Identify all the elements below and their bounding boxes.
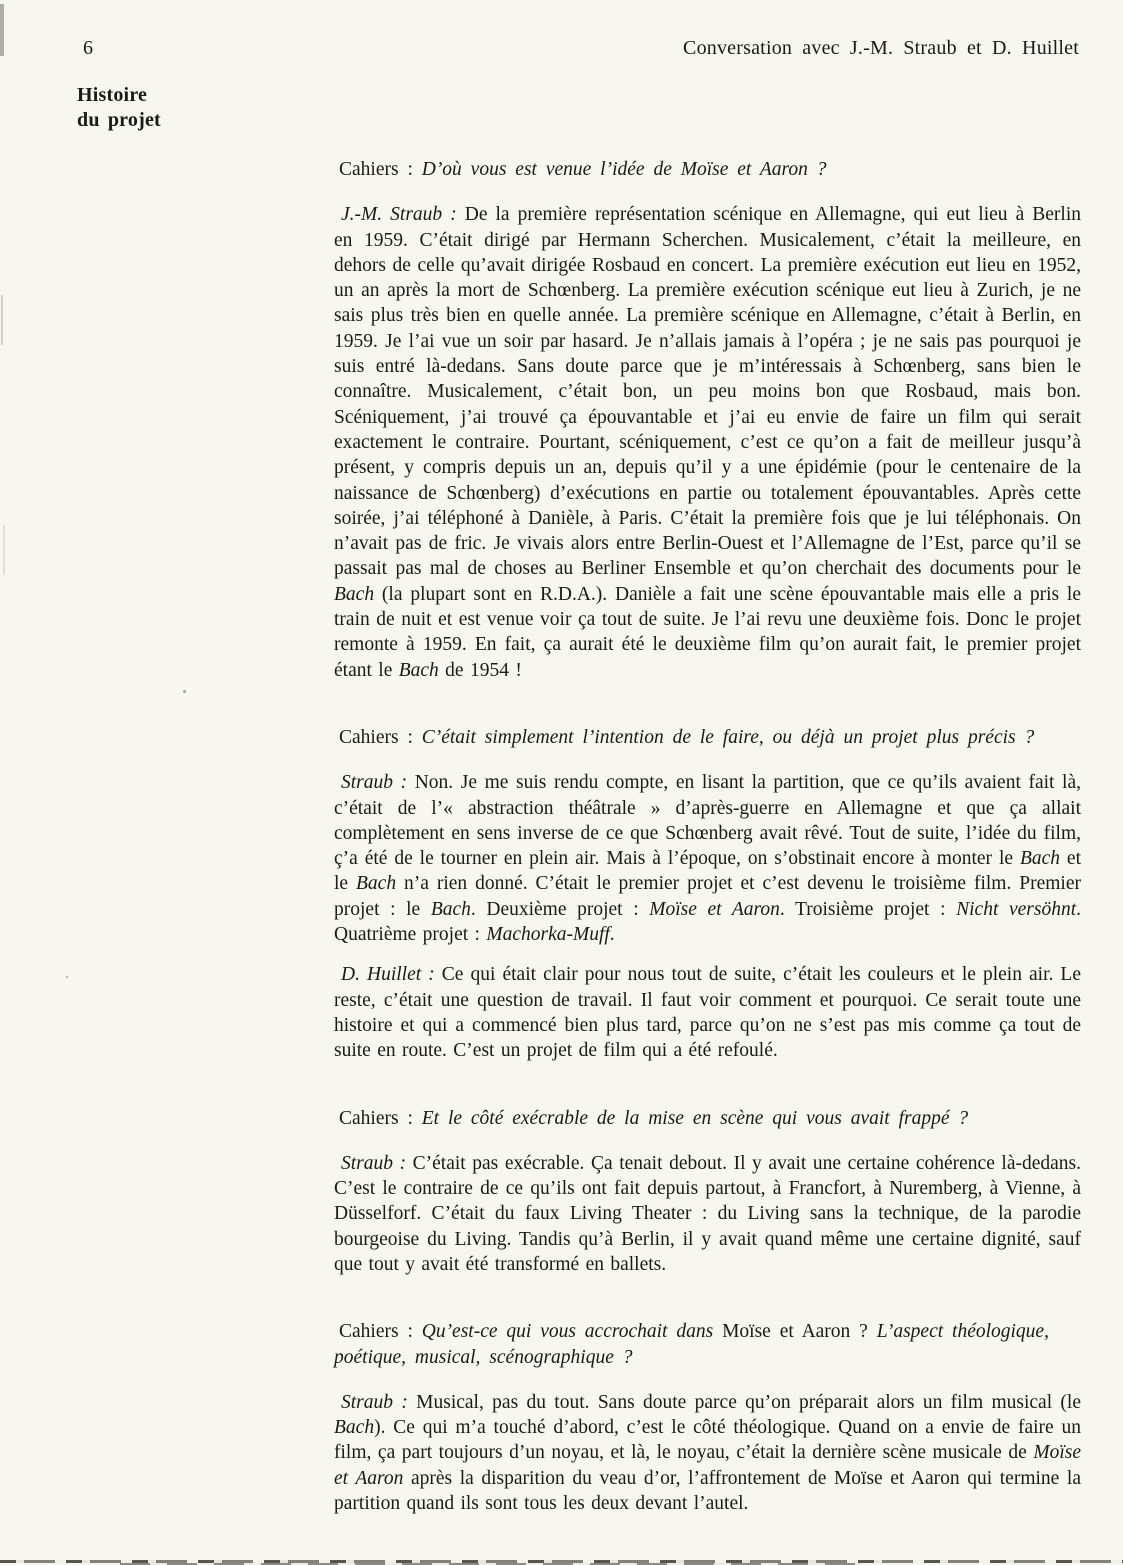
text-run: Bach	[399, 660, 439, 681]
text-run: Bach	[1020, 848, 1060, 869]
text-run: Straub :	[341, 1153, 413, 1174]
text-run: Bach	[356, 873, 396, 894]
answer-straub-2: Straub : Non. Je me suis rendu compte, e…	[334, 770, 1081, 947]
answer-huillet-1: D. Huillet : Ce qui était clair pour nou…	[334, 962, 1081, 1063]
text-run: C’était simplement l’intention de le fai…	[422, 727, 1035, 748]
text-run: Moïse et Aaron ?	[722, 1321, 877, 1342]
section-heading: Histoire du projet	[77, 83, 161, 133]
text-run: de 1954 !	[439, 660, 522, 681]
scan-speck	[66, 976, 68, 978]
text-run: Straub :	[341, 1392, 416, 1413]
text-run: . Troisième projet :	[780, 899, 956, 920]
answer-straub-1: J.-M. Straub : De la première représenta…	[334, 202, 1081, 683]
section-heading-line2: du projet	[77, 108, 161, 133]
text-run: . Deuxième projet :	[471, 899, 649, 920]
text-run: Straub :	[341, 772, 415, 793]
text-run: ). Ce qui m’a touché d’abord, c’est le c…	[334, 1417, 1081, 1463]
text-run: Non. Je me suis rendu compte, en lisant …	[334, 772, 1081, 869]
text-run: C’était pas exécrable. Ça tenait debout.…	[334, 1153, 1081, 1275]
text-run: Cahiers :	[339, 727, 422, 748]
text-run: D’où vous est venue l’idée de Moïse et A…	[422, 159, 827, 180]
text-run: D. Huillet :	[341, 964, 442, 985]
text-run: Et le côté exécrable de la mise en scène…	[422, 1108, 968, 1129]
text-run: après la disparition du veau d’or, l’aff…	[334, 1468, 1081, 1514]
answer-straub-4: Straub : Musical, pas du tout. Sans dout…	[334, 1390, 1081, 1516]
text-run: Machorka-Muff	[486, 924, 609, 945]
scan-edge-smudge	[0, 4, 4, 56]
section-heading-line1: Histoire	[77, 83, 161, 108]
text-run: Cahiers :	[339, 1321, 422, 1342]
text-run: Musical, pas du tout. Sans doute parce q…	[416, 1392, 1081, 1413]
question-3: Cahiers : Et le côté exécrable de la mis…	[334, 1106, 1081, 1131]
question-2: Cahiers : C’était simplement l’intention…	[334, 725, 1081, 750]
scanned-book-page: 6 Conversation avec J.-M. Straub et D. H…	[0, 0, 1123, 1565]
text-run: Qu’est-ce qui vous accrochait dans	[422, 1321, 722, 1342]
question-1: Cahiers : D’où vous est venue l’idée de …	[334, 157, 1081, 182]
running-title: Conversation avec J.-M. Straub et D. Hui…	[683, 36, 1079, 60]
text-run: Cahiers :	[339, 159, 422, 180]
text-run: Moïse et Aaron	[649, 899, 780, 920]
text-run: .	[610, 924, 615, 945]
text-run: Ce qui était clair pour nous tout de sui…	[334, 964, 1081, 1061]
text-run: De la première représentation scénique e…	[334, 204, 1081, 579]
scan-speck	[183, 690, 186, 693]
interview-text-column: Cahiers : D’où vous est venue l’idée de …	[334, 157, 1081, 1516]
question-4: Cahiers : Qu’est-ce qui vous accrochait …	[334, 1319, 1081, 1370]
page-number: 6	[83, 36, 93, 60]
text-run: Nicht versöhnt	[956, 899, 1076, 920]
text-run: Bach	[431, 899, 471, 920]
text-run: Bach	[334, 584, 374, 605]
text-run: J.-M. Straub :	[341, 204, 465, 225]
text-run: Cahiers :	[339, 1108, 422, 1129]
text-run: Bach	[334, 1417, 374, 1438]
answer-straub-3: Straub : C’était pas exécrable. Ça tenai…	[334, 1151, 1081, 1277]
